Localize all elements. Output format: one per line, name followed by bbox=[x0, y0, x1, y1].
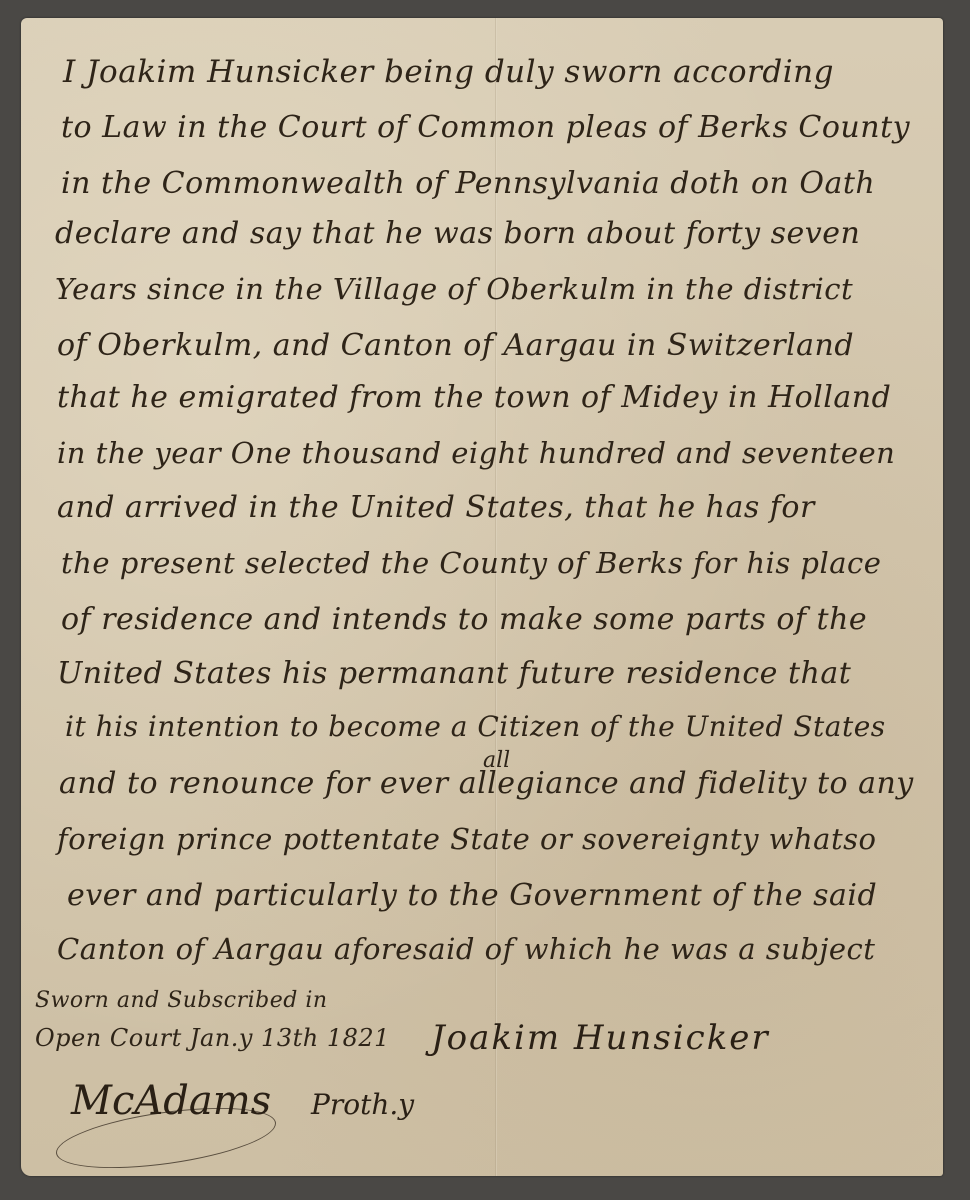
text-line-17: Canton of Aargau aforesaid of which he w… bbox=[57, 932, 875, 966]
text-line-15: foreign prince pottentate State or sover… bbox=[57, 822, 876, 856]
text-line-6: of Oberkulm, and Canton of Aargau in Swi… bbox=[57, 328, 854, 363]
text-line-16: ever and particularly to the Government … bbox=[67, 878, 877, 913]
text-line-4: declare and say that he was born about f… bbox=[55, 216, 860, 251]
text-line-5: Years since in the Village of Oberkulm i… bbox=[55, 272, 853, 306]
text-line-8: in the year One thousand eight hundred a… bbox=[57, 436, 895, 470]
declarant-signature: Joakim Hunsicker bbox=[431, 1018, 770, 1058]
text-line-12: United States his permanant future resid… bbox=[57, 656, 851, 691]
text-line-13: it his intention to become a Citizen of … bbox=[65, 710, 886, 743]
text-line-9: and arrived in the United States, that h… bbox=[57, 490, 815, 525]
jurat-line-2: Open Court Jan.y 13th 1821 bbox=[35, 1024, 390, 1052]
text-line-11: of residence and intends to make some pa… bbox=[61, 602, 867, 637]
text-line-10: the present selected the County of Berks… bbox=[61, 546, 881, 580]
jurat-line-1: Sworn and Subscribed in bbox=[35, 988, 328, 1013]
text-line-3: in the Commonwealth of Pennsylvania doth… bbox=[61, 166, 875, 201]
manuscript-page: I Joakim Hunsicker being duly sworn acco… bbox=[21, 18, 943, 1176]
clerk-title: Proth.y bbox=[311, 1088, 414, 1121]
text-line-1: I Joakim Hunsicker being duly sworn acco… bbox=[63, 54, 834, 90]
text-line-7: that he emigrated from the town of Midey… bbox=[57, 380, 891, 415]
text-line-2: to Law in the Court of Common pleas of B… bbox=[61, 110, 910, 145]
text-line-14: and to renounce for ever allegiance and … bbox=[59, 766, 914, 801]
